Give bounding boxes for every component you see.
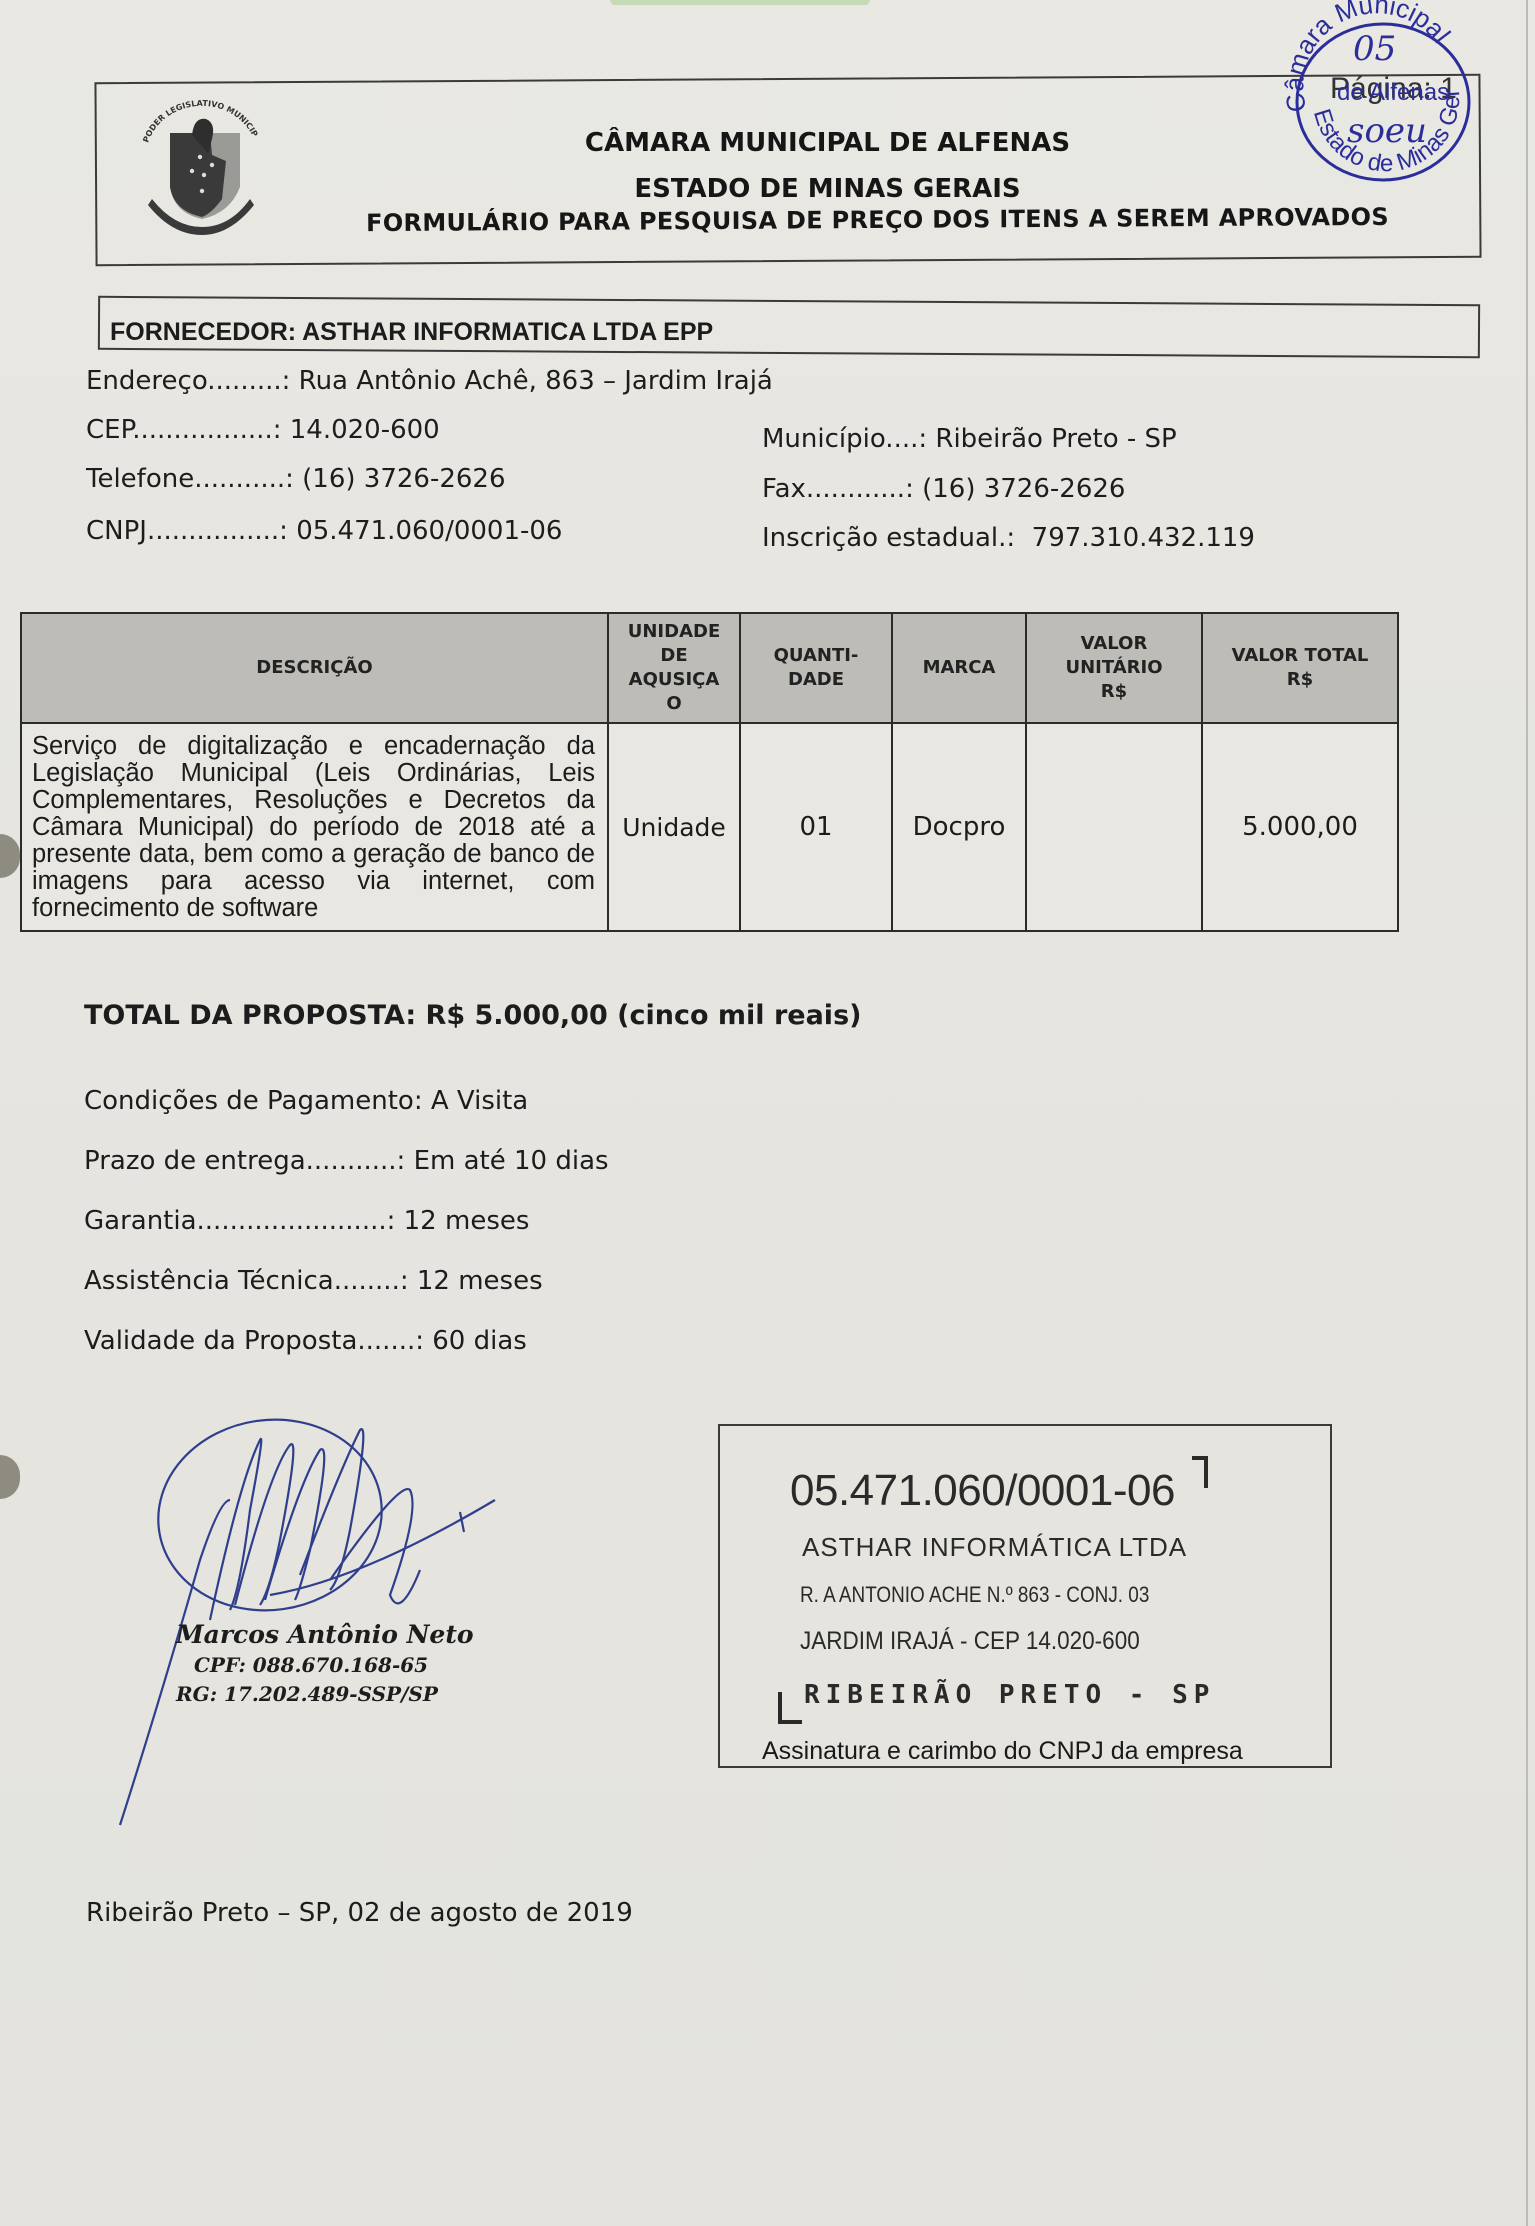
svg-text:soeu: soeu xyxy=(1347,111,1427,151)
cell-valor-unitario xyxy=(1026,723,1202,931)
field-cep: CEP.................: 14.020-600 xyxy=(86,415,440,445)
punch-hole-bottom xyxy=(0,1455,20,1499)
condition-garantia: Garantia.......................: 12 mese… xyxy=(84,1206,529,1236)
paper-right-edge xyxy=(1526,0,1528,2226)
paper-edge-strip xyxy=(610,0,870,5)
col-header-marca: MARCA xyxy=(892,613,1026,723)
signer-rg: RG: 17.202.489-SSP/SP xyxy=(176,1682,438,1706)
stamp-address: R. A ANTONIO ACHE N.º 863 - CONJ. 03 xyxy=(800,1582,1149,1608)
field-telefone: Telefone...........: (16) 3726-2626 xyxy=(86,464,506,494)
supplier-heading: FORNECEDOR: ASTHAR INFORMATICA LTDA EPP xyxy=(110,318,713,347)
field-endereco: Endereço.........: Rua Antônio Achê, 863… xyxy=(86,366,773,396)
condition-validade: Validade da Proposta.......: 60 dias xyxy=(84,1326,527,1356)
table-row: Serviço de digitalização e encadernação … xyxy=(21,723,1398,931)
col-header-descricao: DESCRIÇÃO xyxy=(21,613,608,723)
stamp-company-name: ASTHAR INFORMÁTICA LTDA xyxy=(802,1532,1187,1563)
items-table: DESCRIÇÃO UNIDADEDE AQUSIÇAO QUANTI-DADE… xyxy=(20,612,1399,932)
cell-valor-total: 5.000,00 xyxy=(1202,723,1398,931)
svg-text:de Alfenas: de Alfenas xyxy=(1337,79,1449,106)
table-header-row: DESCRIÇÃO UNIDADEDE AQUSIÇAO QUANTI-DADE… xyxy=(21,613,1398,723)
stamp-corner-mark-bottom xyxy=(778,1692,802,1724)
cell-unidade: Unidade xyxy=(608,723,740,931)
punch-hole-top xyxy=(0,834,20,878)
col-header-valor-unitario: VALORUNITÁRIO R$ xyxy=(1026,613,1202,723)
cell-quantidade: 01 xyxy=(740,723,892,931)
col-header-unidade: UNIDADEDE AQUSIÇAO xyxy=(608,613,740,723)
cell-descricao: Serviço de digitalização e encadernação … xyxy=(21,723,608,931)
stamp-corner-mark-top xyxy=(1192,1456,1208,1488)
field-cnpj: CNPJ................: 05.471.060/0001-06 xyxy=(86,516,562,546)
field-municipio: Município....: Ribeirão Preto - SP xyxy=(762,424,1177,454)
stamp-cnpj-number: 05.471.060/0001-06 xyxy=(790,1466,1175,1516)
cnpj-stamp-caption: Assinatura e carimbo do CNPJ da empresa xyxy=(762,1737,1243,1766)
condition-prazo-entrega: Prazo de entrega...........: Em até 10 d… xyxy=(84,1146,609,1176)
cell-marca: Docpro xyxy=(892,723,1026,931)
col-header-quantidade: QUANTI-DADE xyxy=(740,613,892,723)
place-and-date: Ribeirão Preto – SP, 02 de agosto de 201… xyxy=(86,1898,633,1928)
condition-assistencia: Assistência Técnica........: 12 meses xyxy=(84,1266,543,1296)
stamp-district-cep: JARDIM IRAJÁ - CEP 14.020-600 xyxy=(800,1627,1140,1656)
condition-pagamento: Condições de Pagamento: A Visita xyxy=(84,1086,528,1116)
proposal-total: TOTAL DA PROPOSTA: R$ 5.000,00 (cinco mi… xyxy=(84,1000,861,1031)
camara-protocol-stamp-icon: Câmara Municipal Estado de Minas Gerais … xyxy=(1275,0,1475,190)
signer-cpf: CPF: 088.670.168-65 xyxy=(194,1653,428,1677)
field-fax: Fax............: (16) 3726-2626 xyxy=(762,474,1125,504)
field-inscricao-estadual: Inscrição estadual.: 797.310.432.119 xyxy=(762,523,1255,553)
signer-name: Marcos Antônio Neto xyxy=(176,1620,474,1649)
svg-text:05: 05 xyxy=(1353,29,1396,69)
col-header-valor-total: VALOR TOTALR$ xyxy=(1202,613,1398,723)
stamp-city: RIBEIRÃO PRETO - SP xyxy=(804,1680,1215,1710)
